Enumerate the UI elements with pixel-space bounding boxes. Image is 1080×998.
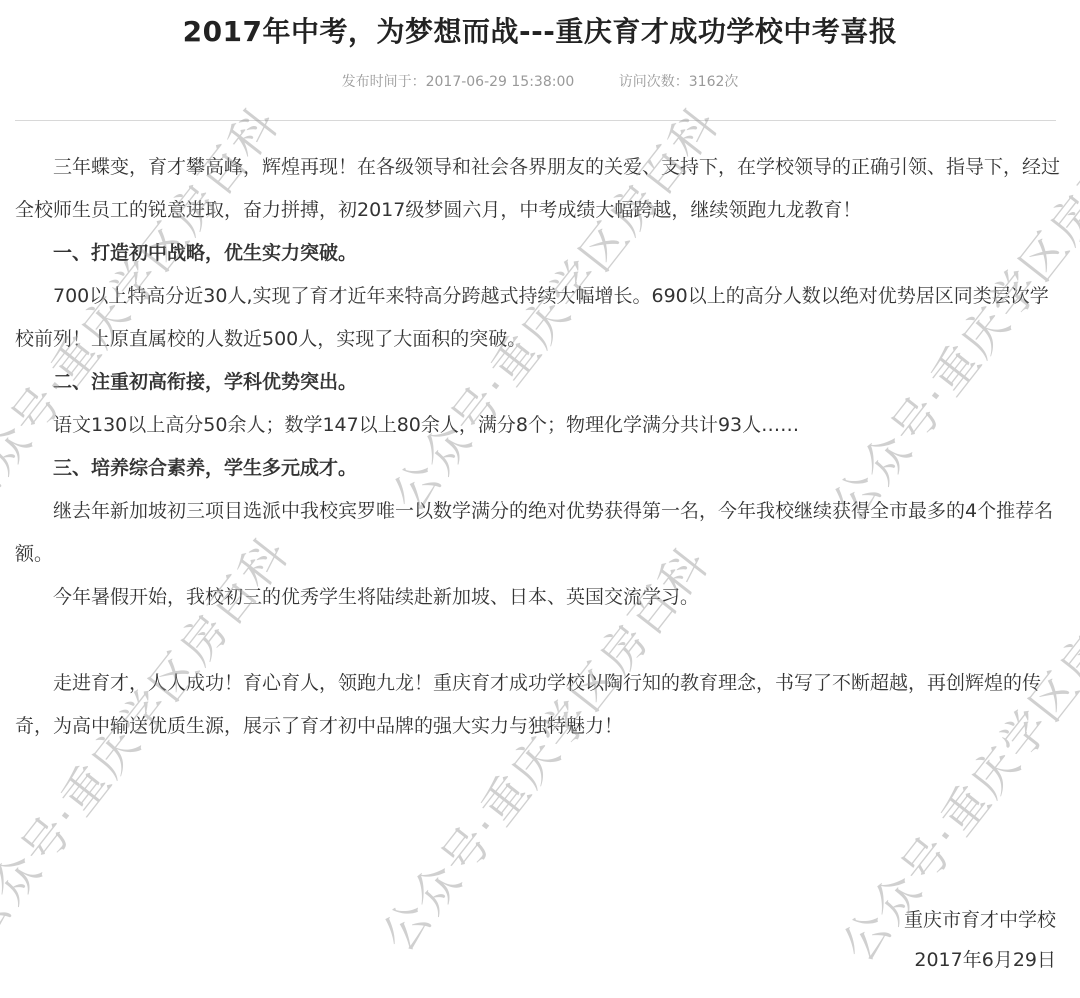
closing-paragraph: 走进育才，人人成功！育心育人，领跑九龙！重庆育才成功学校以陶行知的教育理念，书写… <box>15 662 1060 748</box>
publish-time: 发布时间于：2017-06-29 15:38:00 <box>342 74 575 90</box>
title-divider <box>15 120 1056 121</box>
signature-organization: 重庆市育才中学校 <box>904 907 1056 933</box>
visit-count: 访问次数：3162次 <box>619 74 739 90</box>
article-meta: 发布时间于：2017-06-29 15:38:00 访问次数：3162次 <box>0 72 1080 92</box>
section1-paragraph: 700以上特高分近30人,实现了育才近年来特高分跨越式持续大幅增长。690以上的… <box>15 275 1060 361</box>
section2-heading: 二、注重初高衔接，学科优势突出。 <box>15 361 1060 404</box>
intro-paragraph: 三年蝶变，育才攀高峰，辉煌再现！在各级领导和社会各界朋友的关爱、支持下，在学校领… <box>15 146 1060 232</box>
section2-paragraph: 语文130以上高分50余人；数学147以上80余人，满分8个；物理化学满分共计9… <box>15 404 1060 447</box>
article-body: 三年蝶变，育才攀高峰，辉煌再现！在各级领导和社会各界朋友的关爱、支持下，在学校领… <box>15 146 1060 748</box>
section1-heading: 一、打造初中战略，优生实力突破。 <box>15 232 1060 275</box>
article-title: 2017年中考，为梦想而战---重庆育才成功学校中考喜报 <box>0 12 1080 52</box>
section3-paragraph-1: 继去年新加坡初三项目选派中我校宾罗唯一以数学满分的绝对优势获得第一名，今年我校继… <box>15 490 1060 576</box>
blank-line <box>15 619 1060 662</box>
signature-date: 2017年6月29日 <box>914 947 1056 973</box>
section3-heading: 三、培养综合素养，学生多元成才。 <box>15 447 1060 490</box>
section3-paragraph-2: 今年暑假开始，我校初三的优秀学生将陆续赴新加坡、日本、英国交流学习。 <box>15 576 1060 619</box>
